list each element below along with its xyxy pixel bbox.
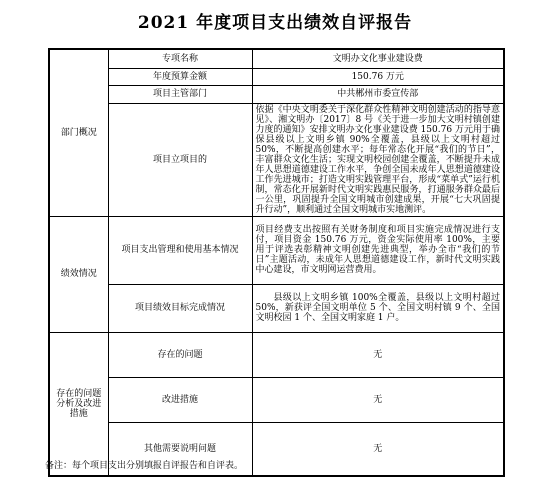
annual-budget-value: 150.76 万元 bbox=[252, 68, 504, 85]
table-row: 项目绩效目标完成情况 县级以上文明乡镇 100%全覆盖，县级以上文明村超过 50… bbox=[49, 284, 504, 332]
table-row: 项目立项目的 依据《中央文明委关于深化群众性精神文明创建活动的指导意见》、湘文明… bbox=[49, 103, 504, 216]
fund-management-value: 项目经费支出按照有关财务制度和项目实施完成情况进行支付，项目资金 150.76 … bbox=[252, 216, 504, 284]
page-title: 2021 年度项目支出绩效自评报告 bbox=[0, 8, 550, 33]
special-name-label: 专项名称 bbox=[108, 49, 252, 68]
group-header-performance-status: 绩效情况 bbox=[49, 216, 108, 332]
supervising-department-label: 项目主管部门 bbox=[108, 85, 252, 103]
supervising-department-value: 中共郴州市委宣传部 bbox=[252, 85, 504, 103]
group-header-department-overview: 部门概况 bbox=[49, 49, 108, 216]
existing-problems-value: 无 bbox=[252, 332, 504, 377]
table-row: 项目主管部门 中共郴州市委宣传部 bbox=[49, 85, 504, 103]
performance-completion-value: 县级以上文明乡镇 100%全覆盖，县级以上文明村超过 50%，新获评全国文明单位… bbox=[252, 284, 504, 332]
project-purpose-label: 项目立项目的 bbox=[108, 103, 252, 216]
improvement-measures-value: 无 bbox=[252, 377, 504, 422]
table-row: 部门概况 专项名称 文明办文化事业建设费 bbox=[49, 49, 504, 68]
fund-management-label: 项目支出管理和使用基本情况 bbox=[108, 216, 252, 284]
table-row: 年度预算金额 150.76 万元 bbox=[49, 68, 504, 85]
annual-budget-label: 年度预算金额 bbox=[108, 68, 252, 85]
improvement-measures-label: 改进措施 bbox=[108, 377, 252, 422]
table-row: 改进措施 无 bbox=[49, 377, 504, 422]
table-row: 存在的问题分析及改进措施 存在的问题 无 bbox=[49, 332, 504, 377]
table-row: 绩效情况 项目支出管理和使用基本情况 项目经费支出按照有关财务制度和项目实施完成… bbox=[49, 216, 504, 284]
group-header-problems-and-measures: 存在的问题分析及改进措施 bbox=[49, 332, 108, 476]
footer-note: 备注：每个项目支出分别填报自评报告和自评表。 bbox=[45, 461, 243, 471]
existing-problems-label: 存在的问题 bbox=[108, 332, 252, 377]
other-notes-value: 无 bbox=[252, 422, 504, 476]
performance-completion-label: 项目绩效目标完成情况 bbox=[108, 284, 252, 332]
special-name-value: 文明办文化事业建设费 bbox=[252, 49, 504, 68]
self-evaluation-report-table: 部门概况 专项名称 文明办文化事业建设费 年度预算金额 150.76 万元 项目… bbox=[48, 48, 505, 477]
project-purpose-value: 依据《中央文明委关于深化群众性精神文明创建活动的指导意见》、湘文明办〔2017〕… bbox=[252, 103, 504, 216]
